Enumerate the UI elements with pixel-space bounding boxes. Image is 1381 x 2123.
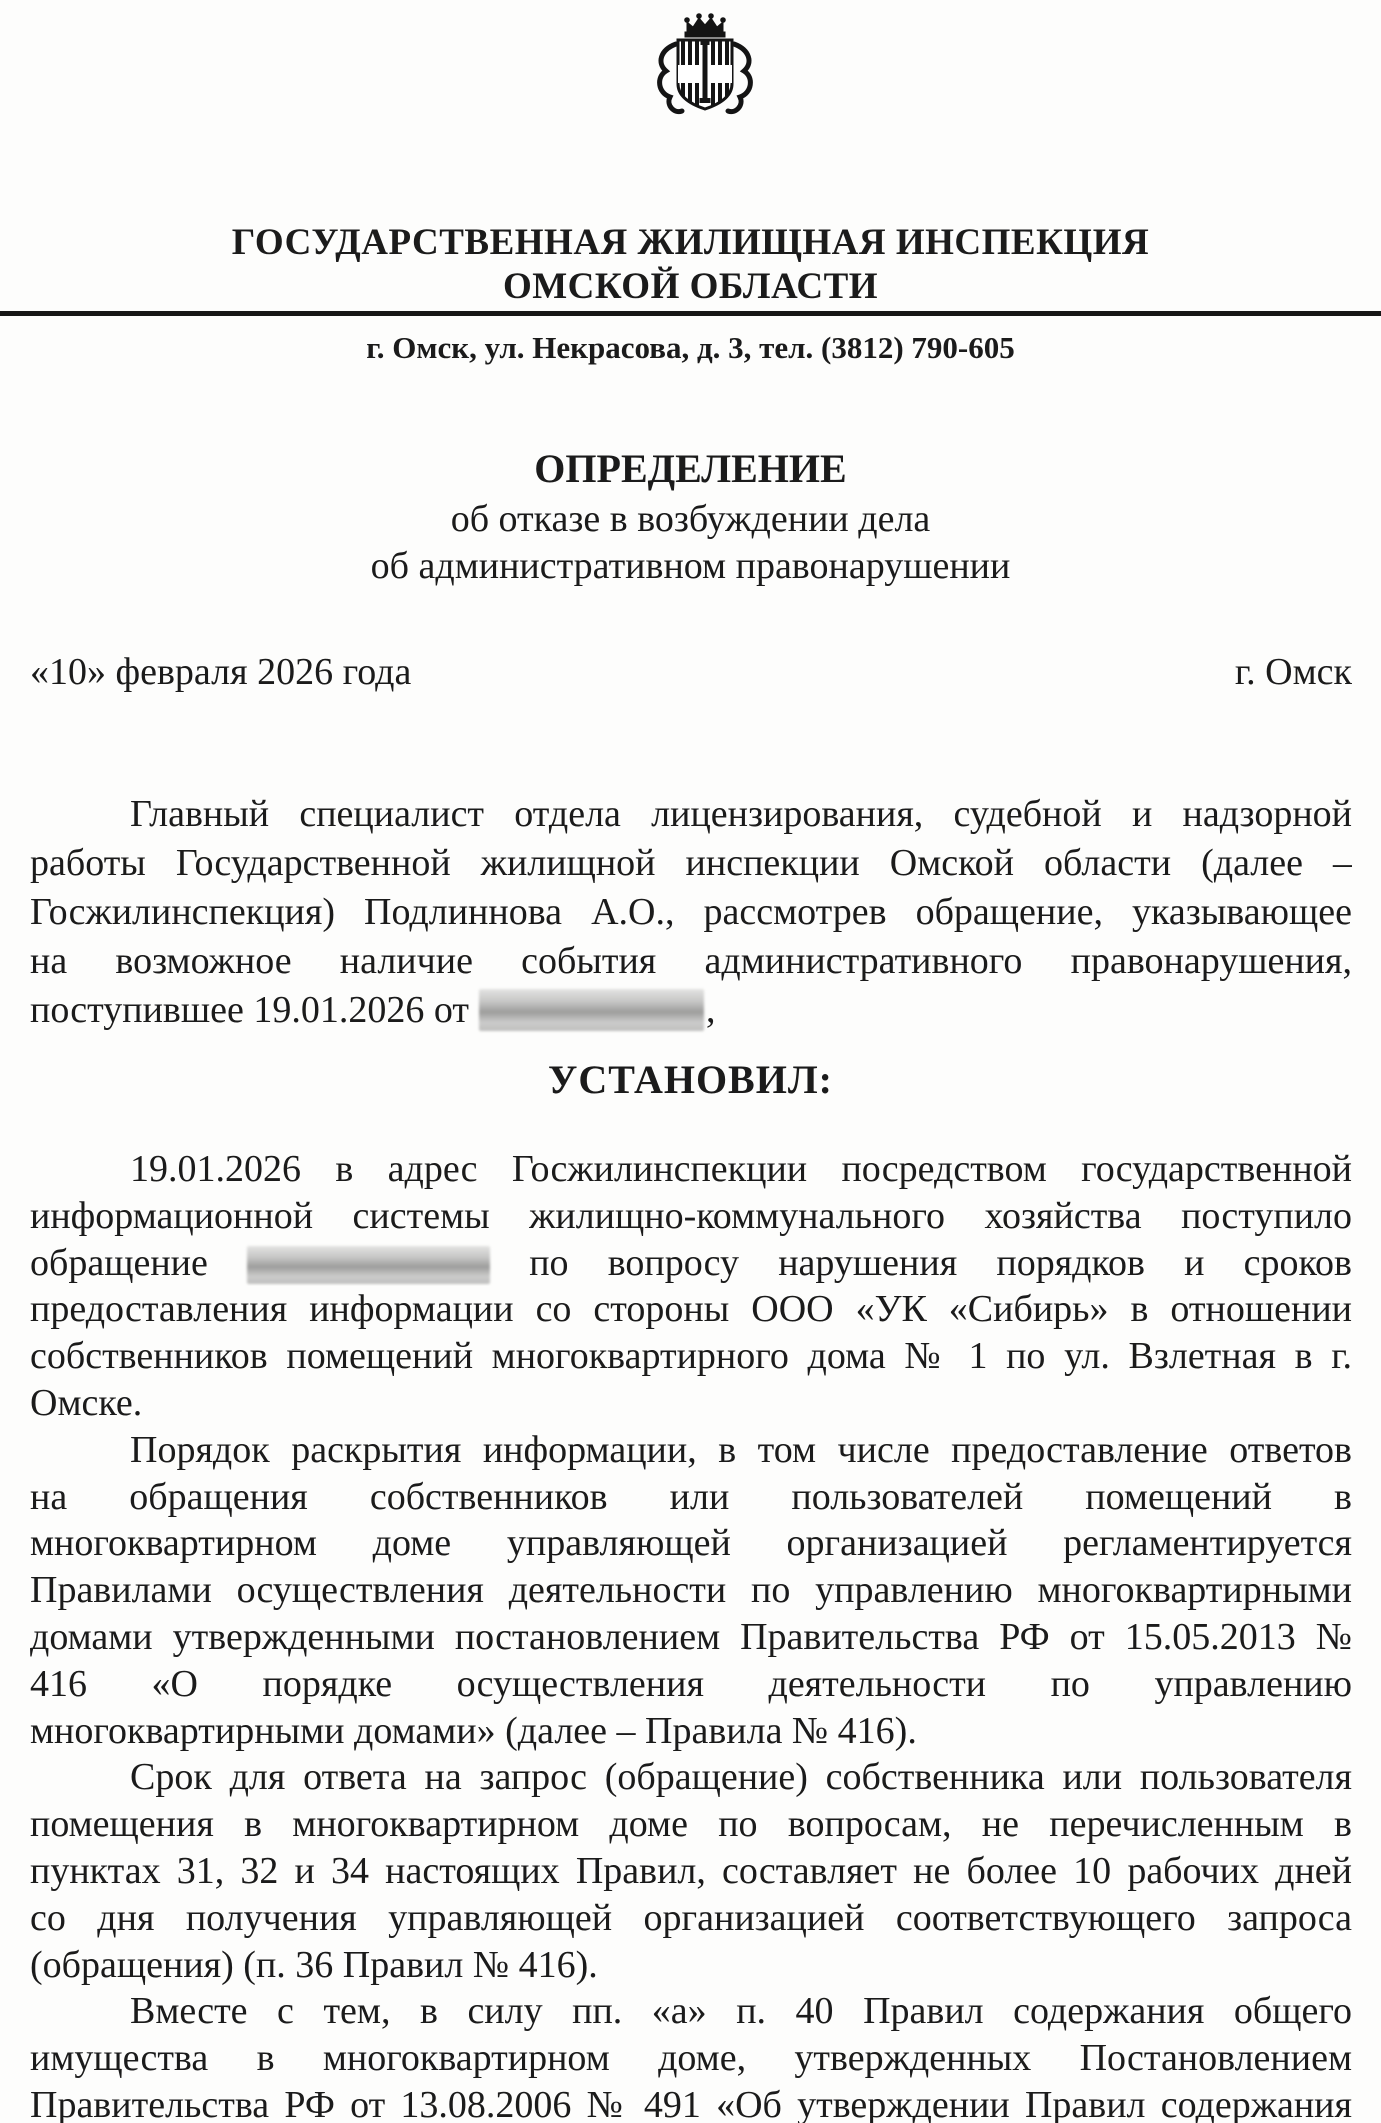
text-line: собственников помещений многоквартирного… (30, 1333, 1352, 1380)
org-name-line1: ГОСУДАРСТВЕННАЯ ЖИЛИЩНАЯ ИНСПЕКЦИЯ (0, 222, 1381, 264)
text-line: Срок для ответа на запрос (обращение) со… (30, 1754, 1352, 1801)
document-place: г. Омск (1235, 650, 1352, 694)
text-line: предоставления информации со стороны ООО… (30, 1286, 1352, 1333)
omsk-oblast-coat-of-arms-icon (645, 10, 765, 122)
text-line: Главный специалист отдела лицензирования… (30, 790, 1352, 839)
text-line: со дня получения управляющей организацие… (30, 1895, 1352, 1942)
text-line: Госжилинспекция) Подлиннова А.О., рассмо… (30, 888, 1352, 937)
text-line: 416 «О порядке осуществления деятельност… (30, 1661, 1352, 1708)
text-line: на обращения собственников или пользоват… (30, 1474, 1352, 1521)
text-line: многоквартирном доме управляющей организ… (30, 1520, 1352, 1567)
text-segment: , (706, 989, 716, 1031)
text-line: помещения в многоквартирном доме по вопр… (30, 1801, 1352, 1848)
section-heading-ustanovil: УСТАНОВИЛ: (0, 1056, 1381, 1103)
text-line: работы Государственной жилищной инспекци… (30, 839, 1352, 888)
document-subtitle-line1: об отказе в возбуждении дела (0, 497, 1381, 541)
document-date: «10» февраля 2026 года (30, 650, 411, 694)
text-line-with-redaction: поступившее 19.01.2026 от, (30, 986, 1352, 1035)
paragraph-intro: Главный специалист отдела лицензирования… (30, 790, 1352, 1035)
text-line: Омске. (30, 1380, 1352, 1427)
text-line: Вместе с тем, в силу пп. «а» п. 40 Прави… (30, 1988, 1352, 2035)
text-line: 19.01.2026 в адрес Госжилинспекции посре… (30, 1146, 1352, 1193)
text-line: Правилами осуществления деятельности по … (30, 1567, 1352, 1614)
text-line-with-redaction: обращение по вопросу нарушения порядков … (30, 1240, 1352, 1287)
text-line: на возможное наличие события администрат… (30, 937, 1352, 986)
text-line: (обращения) (п. 36 Правил № 416). (30, 1942, 1352, 1989)
redaction-blur (479, 989, 704, 1031)
text-line: имущества в многоквартирном доме, утверж… (30, 2035, 1352, 2082)
text-line: Правительства РФ от 13.08.2006 № 491 «Об… (30, 2082, 1352, 2123)
org-address: г. Омск, ул. Некрасова, д. 3, тел. (3812… (0, 329, 1381, 367)
text-line: домами утвержденными постановлением Прав… (30, 1614, 1352, 1661)
document-title: ОПРЕДЕЛЕНИЕ (0, 445, 1381, 492)
text-segment: по вопросу нарушения порядков и сроков (529, 1242, 1352, 1284)
header-divider (0, 311, 1381, 316)
org-name-line2: ОМСКОЙ ОБЛАСТИ (0, 266, 1381, 308)
text-segment: обращение (30, 1242, 208, 1284)
document-subtitle-line2: об административном правонарушении (0, 544, 1381, 588)
text-line: информационной системы жилищно-коммуналь… (30, 1193, 1352, 1240)
scanned-document-page: ГОСУДАРСТВЕННАЯ ЖИЛИЩНАЯ ИНСПЕКЦИЯ ОМСКО… (0, 0, 1381, 2123)
date-place-row: «10» февраля 2026 года г. Омск (30, 650, 1352, 694)
text-line: пунктах 31, 32 и 34 настоящих Правил, со… (30, 1848, 1352, 1895)
text-line: многоквартирными домами» (далее – Правил… (30, 1708, 1352, 1755)
document-body: 19.01.2026 в адрес Госжилинспекции посре… (30, 1146, 1352, 2123)
redaction-blur (247, 1246, 490, 1284)
text-segment: поступившее 19.01.2026 от (30, 989, 469, 1031)
text-line: Порядок раскрытия информации, в том числ… (30, 1427, 1352, 1474)
